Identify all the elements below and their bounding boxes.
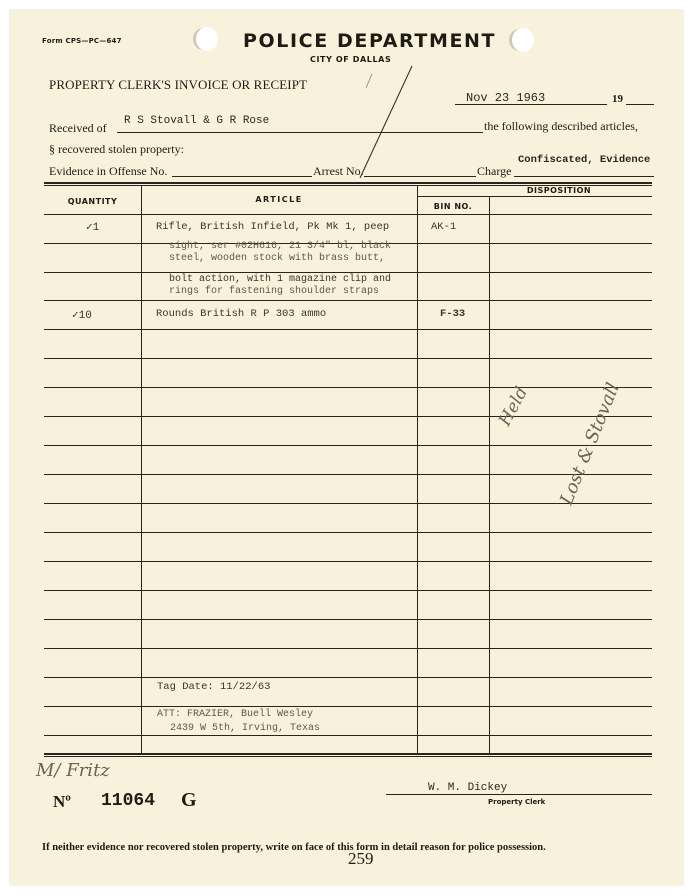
row-1-quantity: ✓1 <box>86 220 99 234</box>
row-line <box>44 503 652 504</box>
clerk-signature-line <box>386 794 652 795</box>
row-1-article-line-3: steel, wooden stock with brass butt, <box>169 253 385 264</box>
row-line <box>44 619 652 620</box>
initials-handwriting: M/ Fritz <box>36 760 110 781</box>
row-2-bin: F-33 <box>440 308 465 320</box>
arrest-label: Arrest No. <box>313 164 364 179</box>
date-year-prefix: 19 <box>612 93 623 105</box>
receipt-number-label: Nº <box>53 792 71 812</box>
row-line <box>44 532 652 533</box>
series-letter: G <box>181 789 197 812</box>
row-line <box>44 706 652 707</box>
clerk-name: W. M. Dickey <box>428 782 507 794</box>
tag-date: Tag Date: 11/22/63 <box>157 681 270 693</box>
row-line <box>44 214 652 215</box>
header-disposition: DISPOSITION <box>489 186 629 195</box>
evidence-underline <box>172 176 312 177</box>
arrest-underline <box>364 176 476 177</box>
received-value: R S Stovall & G R Rose <box>124 115 269 127</box>
attention-address: 2439 W 5th, Irving, Texas <box>170 723 320 734</box>
evidence-label: Evidence in Offense No. <box>49 164 167 179</box>
row-line <box>44 329 652 330</box>
form-id: Form CPS—PC—647 <box>42 37 122 45</box>
footer-note: If neither evidence nor recovered stolen… <box>42 842 546 853</box>
row-line <box>44 677 652 678</box>
row-line <box>44 561 652 562</box>
row-2-article: Rounds British R P 303 ammo <box>156 308 326 320</box>
receipt-number: 11064 <box>101 791 155 811</box>
charge-value: Confiscated, Evidence <box>518 154 650 166</box>
attention-name: ATT: FRAZIER, Buell Wesley <box>157 709 313 720</box>
received-suffix: the following described articles, <box>484 119 638 134</box>
received-underline <box>117 132 483 133</box>
punch-hole-left <box>196 27 218 51</box>
row-line <box>44 387 652 388</box>
row-line <box>44 648 652 649</box>
header-article: ARTICLE <box>141 195 417 204</box>
row-1-article-line-4: bolt action, with 1 magazine clip and <box>169 274 391 285</box>
date-underline <box>455 104 607 105</box>
row-line <box>44 416 652 417</box>
column-divider-bin <box>489 197 490 754</box>
row-line <box>44 735 652 736</box>
header-quantity: QUANTITY <box>44 197 141 206</box>
punch-hole-right <box>512 28 534 52</box>
charge-underline <box>514 176 654 177</box>
received-label: Received of <box>49 121 107 136</box>
row-line <box>44 272 652 273</box>
row-line <box>44 445 652 446</box>
table-bottom-border <box>44 753 652 755</box>
receipt-title: PROPERTY CLERK'S INVOICE OR RECEIPT <box>49 77 307 93</box>
row-line <box>44 590 652 591</box>
clerk-title: Property Clerk <box>488 798 545 806</box>
disposition-subheader-line <box>417 196 652 197</box>
recovered-property-label: § recovered stolen property: <box>49 142 184 157</box>
row-1-article-line-2: sight, ser #02H616, 21 3/4" bl, black <box>169 241 391 252</box>
row-line <box>44 300 652 301</box>
row-line <box>44 474 652 475</box>
charge-label: Charge <box>477 164 511 179</box>
header-bin-no: BIN NO. <box>417 202 489 211</box>
table-top-border <box>44 182 652 184</box>
row-line <box>44 358 652 359</box>
date-value: Nov 23 1963 <box>466 91 545 105</box>
year-underline <box>626 104 654 105</box>
row-1-article: Rifle, British Infield, Pk Mk 1, peep <box>156 221 389 233</box>
row-2-quantity: ✓10 <box>72 308 92 322</box>
table-bottom-border-inner <box>44 756 652 757</box>
page-number: 259 <box>348 849 374 869</box>
row-1-article-line-5: rings for fastening shoulder straps <box>169 286 379 297</box>
department-title: POLICE DEPARTMENT <box>243 30 496 52</box>
row-1-bin: AK-1 <box>431 221 456 233</box>
